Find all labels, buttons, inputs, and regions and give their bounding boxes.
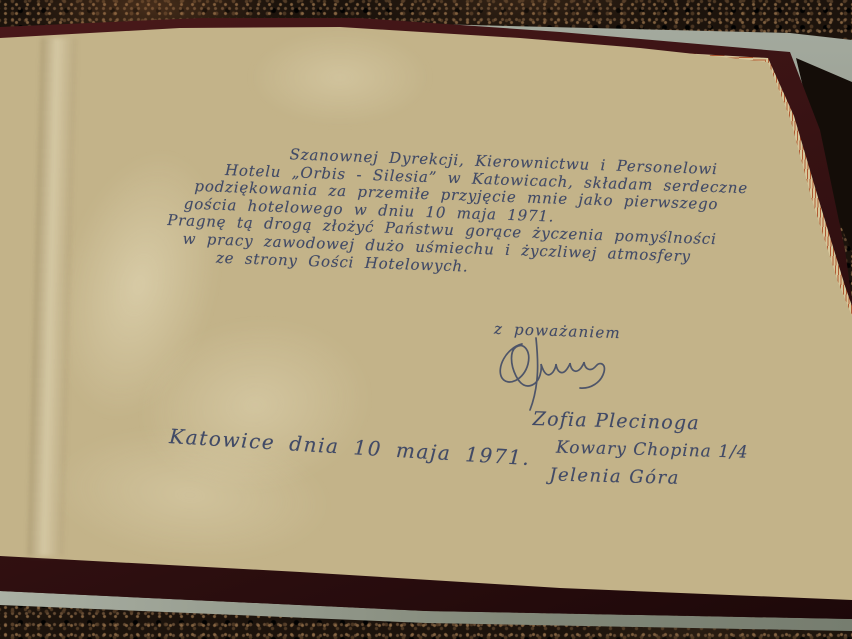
handwritten-message: Szanownej Dyrekcji, Kierownictwu i Perso… (164, 142, 749, 285)
signature-flourish (492, 334, 622, 416)
guestbook-photo: Szanownej Dyrekcji, Kierownictwu i Perso… (0, 0, 852, 639)
page-glare (250, 30, 430, 125)
signature-name: Zofia Plecinoga (532, 408, 749, 436)
signature-block: Zofia Plecinoga Kowary Chopina 1/4 Jelen… (531, 408, 750, 491)
signature-address: Kowary Chopina 1/4 (556, 438, 749, 463)
